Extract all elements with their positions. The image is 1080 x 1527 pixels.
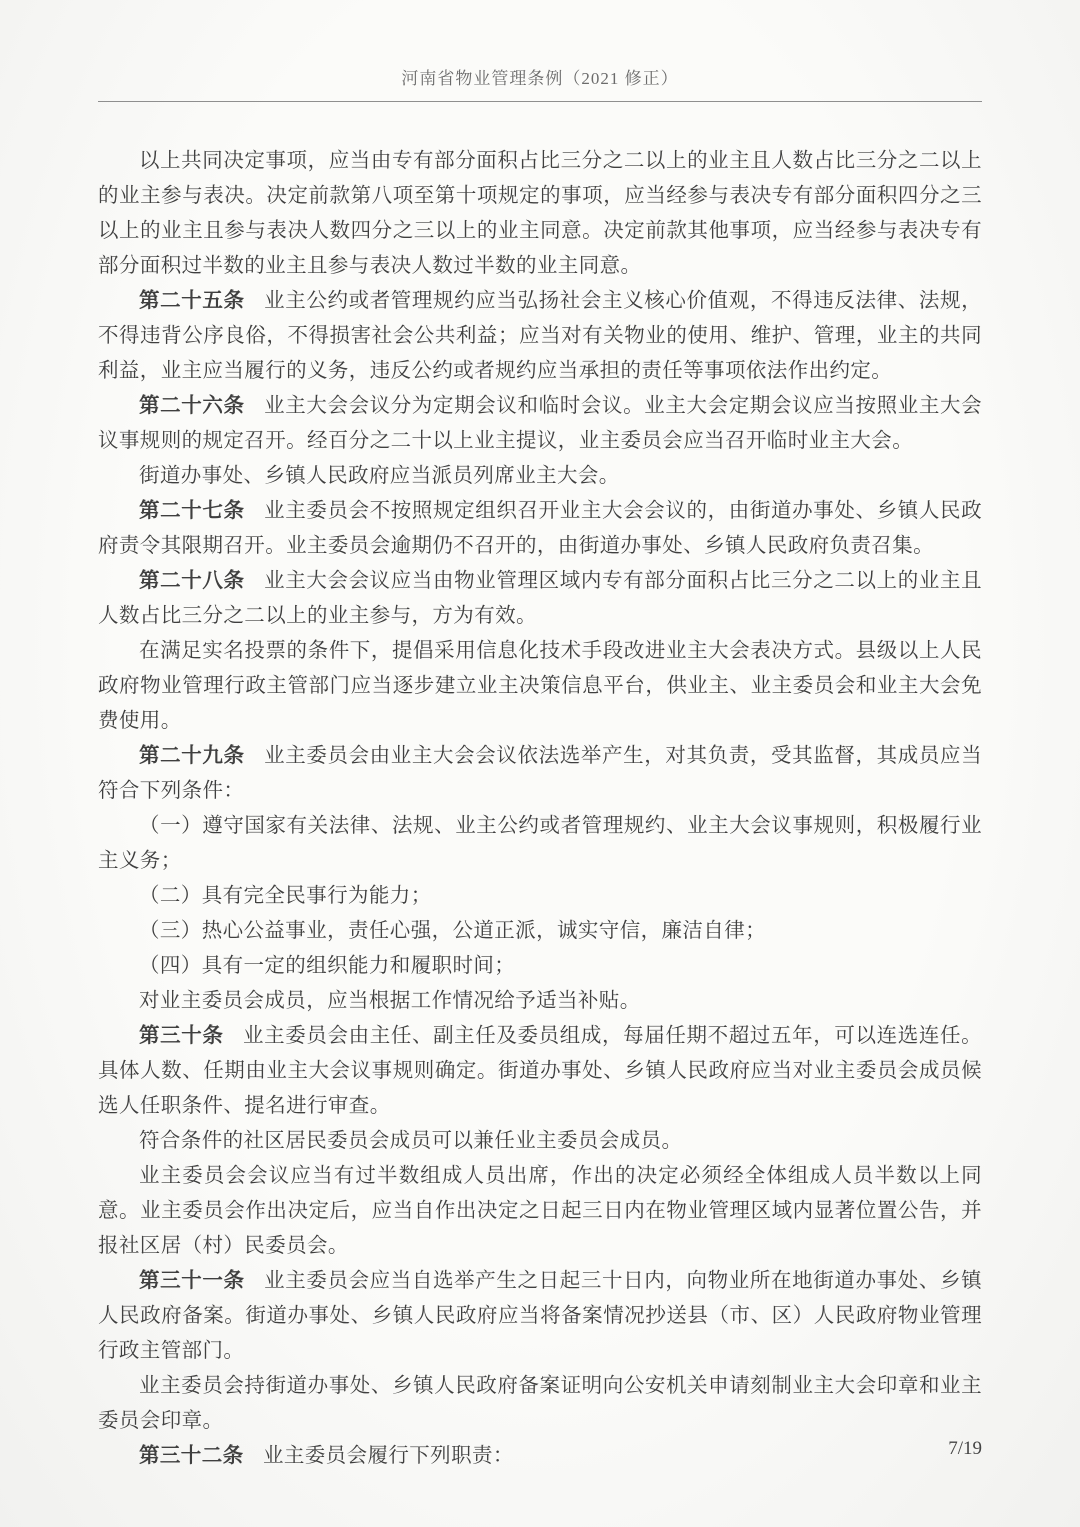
- header-rule: [98, 101, 982, 102]
- paragraph: 符合条件的社区居民委员会成员可以兼任业主委员会成员。: [98, 1124, 982, 1159]
- document-body: 以上共同决定事项，应当由专有部分面积占比三分之二以上的业主且人数占比三分之二以上…: [98, 144, 982, 1474]
- document-title: 河南省物业管理条例（2021 修正）: [98, 64, 982, 89]
- paragraph: 第二十九条业主委员会由业主大会会议依法选举产生，对其负责，受其监督，其成员应当符…: [98, 739, 982, 809]
- paragraph: 第二十五条业主公约或者管理规约应当弘扬社会主义核心价值观，不得违反法律、法规，不…: [98, 284, 982, 389]
- paragraph-text: （二）具有完全民事行为能力；: [139, 885, 432, 907]
- paragraph-text: 业主委员会持街道办事处、乡镇人民政府备案证明向公安机关申请刻制业主大会印章和业主…: [98, 1375, 982, 1432]
- paragraph: 在满足实名投票的条件下，提倡采用信息化技术手段改进业主大会表决方式。县级以上人民…: [98, 634, 982, 739]
- paragraph: 第二十六条业主大会会议分为定期会议和临时会议。业主大会定期会议应当按照业主大会议…: [98, 389, 982, 459]
- paragraph: 街道办事处、乡镇人民政府应当派员列席业主大会。: [98, 459, 982, 494]
- paragraph-text: （三）热心公益事业，责任心强，公道正派，诚实守信，廉洁自律；: [139, 920, 766, 942]
- article-number: 第三十一条: [139, 1270, 245, 1292]
- article-number: 第二十八条: [139, 570, 245, 592]
- paragraph-text: 业主委员会由主任、副主任及委员组成，每届任期不超过五年，可以连选连任。具体人数、…: [98, 1025, 982, 1117]
- paragraph-text: 街道办事处、乡镇人民政府应当派员列席业主大会。: [139, 465, 620, 487]
- page-footer: 7/19: [98, 1438, 982, 1460]
- paragraph: 第二十七条业主委员会不按照规定组织召开业主大会会议的，由街道办事处、乡镇人民政府…: [98, 494, 982, 564]
- document-page: 河南省物业管理条例（2021 修正） 以上共同决定事项，应当由专有部分面积占比三…: [0, 0, 1080, 1527]
- paragraph: （一）遵守国家有关法律、法规、业主公约或者管理规约、业主大会议事规则，积极履行业…: [98, 809, 982, 879]
- paragraph-text: 在满足实名投票的条件下，提倡采用信息化技术手段改进业主大会表决方式。县级以上人民…: [98, 640, 982, 732]
- page-number: 7/19: [948, 1438, 982, 1459]
- article-number: 第三十条: [139, 1025, 224, 1047]
- paragraph-text: 业主委员会会议应当有过半数组成人员出席，作出的决定必须经全体组成人员半数以上同意…: [98, 1165, 982, 1257]
- page-header: 河南省物业管理条例（2021 修正）: [98, 0, 982, 102]
- article-number: 第二十六条: [139, 395, 245, 417]
- paragraph-text: 符合条件的社区居民委员会成员可以兼任业主委员会成员。: [139, 1130, 682, 1152]
- paragraph-text: 以上共同决定事项，应当由专有部分面积占比三分之二以上的业主且人数占比三分之二以上…: [98, 150, 982, 277]
- paragraph: （四）具有一定的组织能力和履职时间；: [98, 949, 982, 984]
- paragraph: （三）热心公益事业，责任心强，公道正派，诚实守信，廉洁自律；: [98, 914, 982, 949]
- paragraph: 以上共同决定事项，应当由专有部分面积占比三分之二以上的业主且人数占比三分之二以上…: [98, 144, 982, 284]
- article-number: 第二十七条: [139, 500, 245, 522]
- paragraph: 业主委员会持街道办事处、乡镇人民政府备案证明向公安机关申请刻制业主大会印章和业主…: [98, 1369, 982, 1439]
- paragraph-text: 对业主委员会成员，应当根据工作情况给予适当补贴。: [139, 990, 641, 1012]
- article-number: 第二十五条: [139, 290, 245, 312]
- paragraph: 业主委员会会议应当有过半数组成人员出席，作出的决定必须经全体组成人员半数以上同意…: [98, 1159, 982, 1264]
- paragraph: 第三十一条业主委员会应当自选举产生之日起三十日内，向物业所在地街道办事处、乡镇人…: [98, 1264, 982, 1369]
- paragraph-text: （一）遵守国家有关法律、法规、业主公约或者管理规约、业主大会议事规则，积极履行业…: [98, 815, 982, 872]
- paragraph: 第三十条业主委员会由主任、副主任及委员组成，每届任期不超过五年，可以连选连任。具…: [98, 1019, 982, 1124]
- paragraph-text: （四）具有一定的组织能力和履职时间；: [139, 955, 515, 977]
- paragraph: 对业主委员会成员，应当根据工作情况给予适当补贴。: [98, 984, 982, 1019]
- article-number: 第二十九条: [139, 745, 245, 767]
- paragraph: （二）具有完全民事行为能力；: [98, 879, 982, 914]
- paragraph: 第二十八条业主大会会议应当由物业管理区域内专有部分面积占比三分之二以上的业主且人…: [98, 564, 982, 634]
